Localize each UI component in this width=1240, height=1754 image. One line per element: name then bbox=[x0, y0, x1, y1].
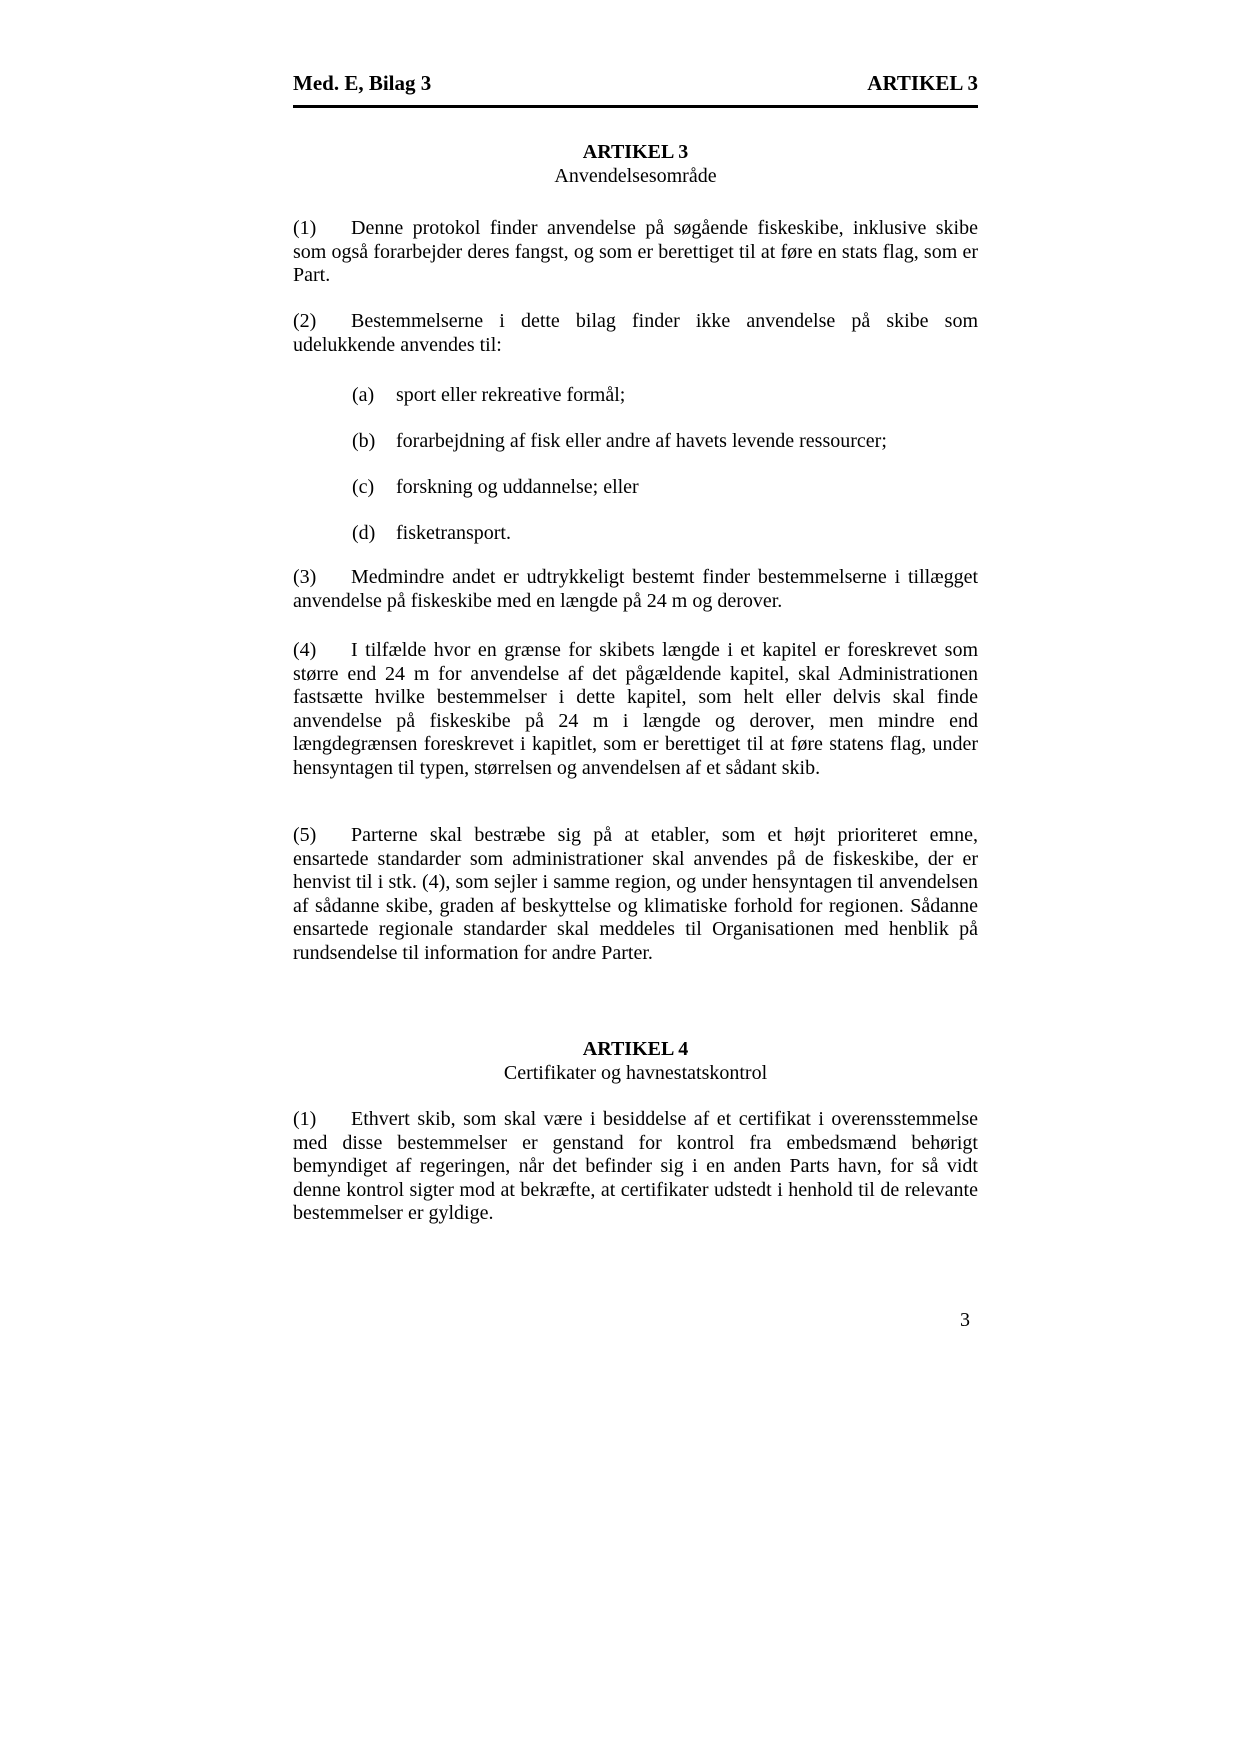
header-right-text: ARTIKEL 3 bbox=[867, 70, 978, 96]
paragraph-text: Medmindre andet er udtrykkeligt bestemt … bbox=[293, 566, 978, 612]
list-label: (c) bbox=[352, 475, 396, 499]
article-4-paragraph-1: (1)Ethvert skib, som skal være i besidde… bbox=[293, 1108, 978, 1226]
running-header: Med. E, Bilag 3 ARTIKEL 3 bbox=[293, 70, 978, 96]
article-3-paragraph-5: (5)Parterne skal bestræbe sig på at etab… bbox=[293, 824, 978, 965]
header-left-text: Med. E, Bilag 3 bbox=[293, 70, 431, 96]
list-text: forskning og uddannelse; eller bbox=[396, 476, 639, 498]
paragraph-text: Bestemmelserne i dette bilag finder ikke… bbox=[293, 310, 978, 356]
list-text: sport eller rekreative formål; bbox=[396, 384, 625, 406]
list-item-a: (a)sport eller rekreative formål; bbox=[352, 383, 625, 407]
article-3-paragraph-4: (4)I tilfælde hvor en grænse for skibets… bbox=[293, 639, 978, 780]
article-3-title: Anvendelsesområde bbox=[293, 164, 978, 188]
paragraph-number: (1) bbox=[293, 217, 351, 241]
article-3-paragraph-2: (2)Bestemmelserne i dette bilag finder i… bbox=[293, 310, 978, 357]
article-4-title: Certifikater og havnestatskontrol bbox=[293, 1061, 978, 1085]
paragraph-number: (2) bbox=[293, 310, 351, 334]
article-4-heading: ARTIKEL 4 Certifikater og havnestatskont… bbox=[293, 1037, 978, 1085]
page-number: 3 bbox=[960, 1308, 970, 1332]
paragraph-number: (4) bbox=[293, 639, 351, 663]
article-3-paragraph-1: (1)Denne protokol finder anvendelse på s… bbox=[293, 217, 978, 288]
paragraph-number: (3) bbox=[293, 566, 351, 590]
list-item-d: (d)fisketransport. bbox=[352, 521, 511, 545]
paragraph-text: Ethvert skib, som skal være i besiddelse… bbox=[293, 1108, 978, 1224]
article-3-number: ARTIKEL 3 bbox=[293, 140, 978, 164]
paragraph-number: (1) bbox=[293, 1108, 351, 1132]
article-3-heading: ARTIKEL 3 Anvendelsesområde bbox=[293, 140, 978, 188]
article-4-number: ARTIKEL 4 bbox=[293, 1037, 978, 1061]
list-item-c: (c)forskning og uddannelse; eller bbox=[352, 475, 639, 499]
list-text: forarbejdning af fisk eller andre af hav… bbox=[396, 430, 887, 452]
list-item-b: (b)forarbejdning af fisk eller andre af … bbox=[352, 429, 887, 453]
list-label: (d) bbox=[352, 521, 396, 545]
list-label: (a) bbox=[352, 383, 396, 407]
header-rule bbox=[293, 105, 978, 108]
list-label: (b) bbox=[352, 429, 396, 453]
paragraph-text: Denne protokol finder anvendelse på søgå… bbox=[293, 217, 978, 286]
paragraph-text: Parterne skal bestræbe sig på at etabler… bbox=[293, 824, 978, 964]
paragraph-text: I tilfælde hvor en grænse for skibets læ… bbox=[293, 639, 978, 779]
article-3-paragraph-3: (3)Medmindre andet er udtrykkeligt beste… bbox=[293, 566, 978, 613]
list-text: fisketransport. bbox=[396, 522, 511, 544]
paragraph-number: (5) bbox=[293, 824, 351, 848]
